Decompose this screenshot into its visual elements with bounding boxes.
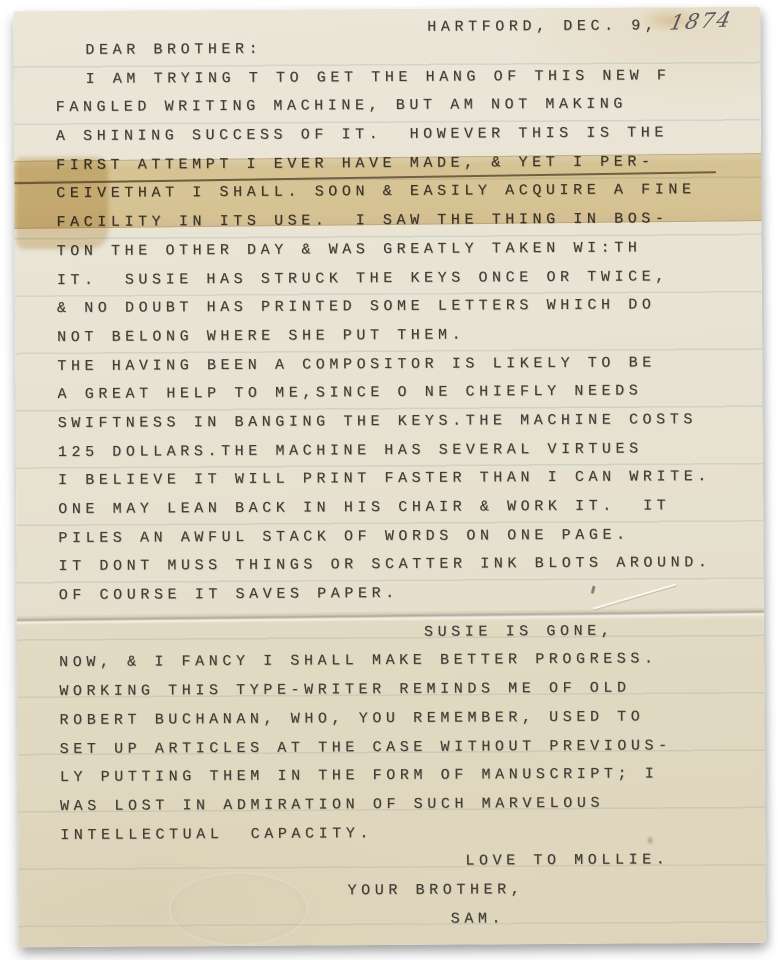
letter-line: NOT BELONG WHERE SHE PUT THEM. [57, 320, 754, 353]
closing-line: YOUR BROTHER, [347, 875, 757, 906]
letter-line: 125 DOLLARS.THE MACHINE HAS SEVERAL VIRT… [58, 434, 755, 467]
letter-line: WORKING THIS TYPE-WRITER REMINDS ME OF O… [59, 674, 756, 707]
salutation: DEAR BROTHER: [85, 33, 752, 66]
letter-line: SET UP ARTICLES AT THE CASE WITHOUT PREV… [60, 731, 757, 764]
letter-line: FANGLED WRITING MACHINE, BUT AM NOT MAKI… [56, 90, 753, 123]
letter-line: A GREAT HELP TO ME,SINCE O NE CHIEFLY NE… [57, 377, 754, 410]
letter-line: PILES AN AWFUL STACK OF WORDS ON ONE PAG… [58, 520, 755, 553]
dateline-typed: HARTFORD, DEC. 9, [427, 17, 658, 35]
letter-line: SUSIE IS GONE, [424, 617, 756, 648]
letter-line: LY PUTTING THEM IN THE FORM OF MANUSCRIP… [60, 760, 757, 793]
handwritten-year: 1874 [668, 8, 735, 34]
letter-line: IT. SUSIE HAS STRUCK THE KEYS ONCE OR TW… [57, 262, 754, 295]
paper-surface: HARTFORD, DEC. 9,1874 DEAR BROTHER: I AM… [13, 7, 766, 948]
letter-line: IT DONT MUSS THINGS OR SCATTER INK BLOTS… [58, 549, 755, 582]
letter-page: HARTFORD, DEC. 9,1874 DEAR BROTHER: I AM… [13, 7, 766, 948]
tape-stain-left [16, 157, 109, 250]
letter-line: I BELIEVE IT WILL PRINT FASTER THAN I CA… [58, 463, 755, 496]
letter-line: THE HAVING BEEN A COMPOSITOR IS LIKELY T… [57, 348, 754, 381]
dateline: HARTFORD, DEC. 9,1874 [427, 11, 752, 35]
letter-line: A SHINING SUCCESS OF IT. HOWEVER THIS IS… [56, 119, 753, 152]
scan-background: HARTFORD, DEC. 9,1874 DEAR BROTHER: I AM… [0, 0, 778, 960]
letter-line: WAS LOST IN ADMIRATION OF SUCH MARVELOUS [60, 789, 757, 822]
letter-line: ROBERT BUCHANAN, WHO, YOU REMEMBER, USED… [59, 703, 756, 736]
tape-stain [13, 153, 764, 229]
letter-line: ONE MAY LEAN BACK IN HIS CHAIR & WORK IT… [58, 492, 755, 525]
letter-body: HARTFORD, DEC. 9,1874 DEAR BROTHER: I AM… [55, 11, 758, 937]
letter-line: TON THE OTHER DAY & WAS GREATLY TAKEN WI… [57, 234, 754, 267]
signature: SAM. [451, 903, 758, 934]
letter-line: OF COURSE IT SAVES PAPER. [59, 578, 756, 611]
letter-line: & NO DOUBT HAS PRINTED SOME LETTERS WHIC… [57, 291, 754, 324]
closing-line: LOVE TO MOLLIE. [465, 846, 757, 876]
letter-line: INTELLECTUAL CAPACITY. [60, 817, 757, 850]
letter-line: SWIFTNESS IN BANGING THE KEYS.THE MACHIN… [58, 406, 755, 439]
letter-line: NOW, & I FANCY I SHALL MAKE BETTER PROGR… [59, 645, 756, 678]
letter-line: I AM TRYING T TO GET THE HANG OF THIS NE… [85, 61, 752, 94]
